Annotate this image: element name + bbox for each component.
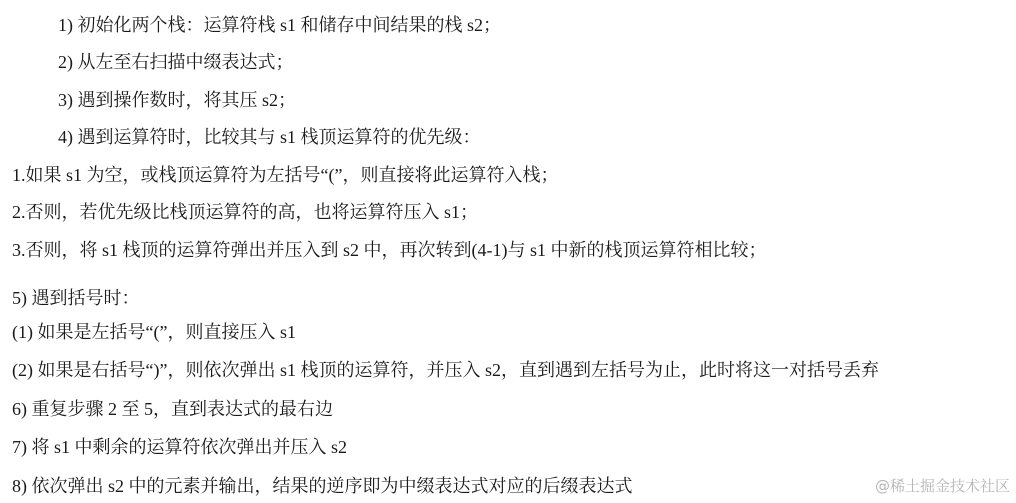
step-5-2-right-paren: (2) 如果是右括号“)”，则依次弹出 s1 栈顶的运算符，并压入 s2，直到遇… <box>12 359 879 381</box>
step-8-output: 8) 依次弹出 s2 中的元素并输出，结果的逆序即为中缀表达式对应的后缀表达式 <box>12 475 633 497</box>
step-2-scan-expression: 2) 从左至右扫描中缀表达式； <box>58 51 294 73</box>
step-3-operand: 3) 遇到操作数时，将其压 s2； <box>58 89 296 111</box>
step-4-operator: 4) 遇到运算符时，比较其与 s1 栈顶运算符的优先级： <box>58 126 481 148</box>
step-4-1-empty-or-paren: 1.如果 s1 为空，或栈顶运算符为左括号“(”，则直接将此运算符入栈； <box>12 164 558 186</box>
step-5-parenthesis: 5) 遇到括号时： <box>12 287 140 309</box>
step-7-pop-remaining: 7) 将 s1 中剩余的运算符依次弹出并压入 s2 <box>12 436 347 458</box>
step-4-2-higher-precedence: 2.否则，若优先级比栈顶运算符的高，也将运算符压入 s1； <box>12 201 478 223</box>
step-6-repeat: 6) 重复步骤 2 至 5，直到表达式的最右边 <box>12 398 333 420</box>
step-1-init-stacks: 1) 初始化两个栈：运算符栈 s1 和储存中间结果的栈 s2； <box>58 14 501 36</box>
step-4-3-pop-and-compare: 3.否则，将 s1 栈顶的运算符弹出并压入到 s2 中，再次转到(4-1)与 s… <box>12 239 767 261</box>
watermark: @稀土掘金技术社区 <box>875 477 1010 495</box>
step-5-1-left-paren: (1) 如果是左括号“(”，则直接压入 s1 <box>12 321 296 343</box>
